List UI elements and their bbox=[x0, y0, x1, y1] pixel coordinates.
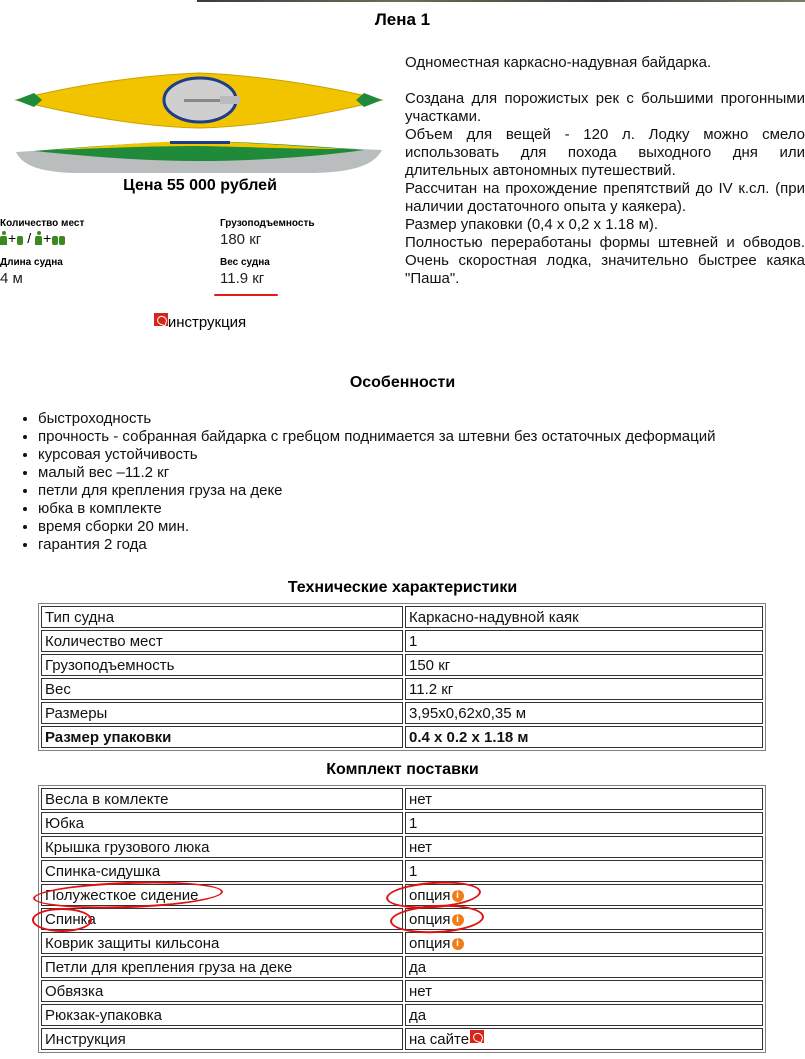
row-value: нет bbox=[405, 836, 763, 858]
info-icon[interactable]: i bbox=[452, 914, 464, 926]
list-item: прочность - собранная байдарка с гребцом… bbox=[38, 428, 715, 446]
table-row: Петли для крепления груза на декеда bbox=[41, 956, 763, 978]
table-row: Размер упаковки0.4 x 0.2 x 1.18 м bbox=[41, 726, 763, 748]
product-title: Лена 1 bbox=[0, 10, 805, 30]
table-row: Размеры3,95x0,62x0,35 м bbox=[41, 702, 763, 724]
table-row: Обвязканет bbox=[41, 980, 763, 1002]
price: Цена 55 000 рублей bbox=[0, 177, 400, 195]
row-label: Тип судна bbox=[41, 606, 403, 628]
list-item: быстроходность bbox=[38, 410, 715, 428]
table-row: Спинкаопцияi bbox=[41, 908, 763, 930]
row-value: 1 bbox=[405, 630, 763, 652]
kit-table: Весла в комлектенетЮбка1Крышка грузового… bbox=[38, 785, 766, 1053]
row-label: Спинка bbox=[41, 908, 403, 930]
tech-heading: Технические характеристики bbox=[0, 579, 805, 597]
row-label: Юбка bbox=[41, 812, 403, 834]
row-value: 150 кг bbox=[405, 654, 763, 676]
table-row: Инструкцияна сайте bbox=[41, 1028, 763, 1050]
row-label: Количество мест bbox=[41, 630, 403, 652]
table-row: Юбка1 bbox=[41, 812, 763, 834]
table-row: Спинка-сидушка1 bbox=[41, 860, 763, 882]
table-row: Полужесткое сидениеопцияi bbox=[41, 884, 763, 906]
top-border bbox=[197, 0, 805, 2]
weight-spec: Вес судна 11.9 кг bbox=[220, 257, 270, 287]
table-row: Грузоподъемность150 кг bbox=[41, 654, 763, 676]
seats-label: Количество мест bbox=[0, 218, 84, 229]
list-item: время сборки 20 мин. bbox=[38, 518, 715, 536]
table-row: Рюкзак-упаковкада bbox=[41, 1004, 763, 1026]
info-icon[interactable]: i bbox=[452, 938, 464, 950]
table-row: Коврик защиты кильсонаопцияi bbox=[41, 932, 763, 954]
row-label: Размеры bbox=[41, 702, 403, 724]
product-description: Одноместная каркасно-надувная байдарка. … bbox=[405, 54, 805, 288]
row-label: Крышка грузового люка bbox=[41, 836, 403, 858]
row-label: Вес bbox=[41, 678, 403, 700]
row-label: Весла в комлекте bbox=[41, 788, 403, 810]
bag-icon bbox=[59, 236, 65, 245]
list-item: гарантия 2 года bbox=[38, 536, 715, 554]
row-value: опцияi bbox=[405, 884, 763, 906]
row-value: 11.2 кг bbox=[405, 678, 763, 700]
row-value: Каркасно-надувной каяк bbox=[405, 606, 763, 628]
capacity-spec: Грузоподъемность 180 кг bbox=[220, 218, 315, 248]
table-row: Вес11.2 кг bbox=[41, 678, 763, 700]
row-value: 1 bbox=[405, 812, 763, 834]
row-label: Обвязка bbox=[41, 980, 403, 1002]
row-label: Спинка-сидушка bbox=[41, 860, 403, 882]
seats-icons: + / + bbox=[0, 229, 84, 247]
pdf-icon bbox=[154, 313, 168, 326]
table-row: Тип суднаКаркасно-надувной каяк bbox=[41, 606, 763, 628]
row-label: Петли для крепления груза на деке bbox=[41, 956, 403, 978]
list-item: петли для крепления груза на деке bbox=[38, 482, 715, 500]
features-heading: Особенности bbox=[0, 374, 805, 392]
row-value: опцияi bbox=[405, 908, 763, 930]
kayak-image bbox=[14, 55, 384, 180]
features-list: быстроходность прочность - собранная бай… bbox=[0, 410, 715, 554]
row-label: Полужесткое сидение bbox=[41, 884, 403, 906]
row-value: 1 bbox=[405, 860, 763, 882]
kit-heading: Комплект поставки bbox=[0, 761, 805, 779]
row-value: нет bbox=[405, 788, 763, 810]
list-item: малый вес –11.2 кг bbox=[38, 464, 715, 482]
row-label: Размер упаковки bbox=[41, 726, 403, 748]
red-underline-annotation bbox=[214, 294, 278, 296]
row-value: да bbox=[405, 956, 763, 978]
row-label: Коврик защиты кильсона bbox=[41, 932, 403, 954]
row-value: 0.4 x 0.2 x 1.18 м bbox=[405, 726, 763, 748]
tech-specs-table: Тип суднаКаркасно-надувной каякКоличеств… bbox=[38, 603, 766, 751]
list-item: курсовая устойчивость bbox=[38, 446, 715, 464]
row-value: нет bbox=[405, 980, 763, 1002]
table-row: Количество мест1 bbox=[41, 630, 763, 652]
row-label: Рюкзак-упаковка bbox=[41, 1004, 403, 1026]
pdf-icon[interactable] bbox=[470, 1030, 484, 1043]
instruction-link[interactable]: инструкция bbox=[0, 313, 400, 331]
person-icon bbox=[35, 231, 42, 245]
list-item: юбка в комплекте bbox=[38, 500, 715, 518]
row-label: Грузоподъемность bbox=[41, 654, 403, 676]
seats-spec: Количество мест + / + bbox=[0, 218, 84, 247]
row-value: да bbox=[405, 1004, 763, 1026]
length-spec: Длина судна 4 м bbox=[0, 257, 63, 287]
table-row: Весла в комлектенет bbox=[41, 788, 763, 810]
bag-icon bbox=[52, 236, 58, 245]
row-label: Инструкция bbox=[41, 1028, 403, 1050]
info-icon[interactable]: i bbox=[452, 890, 464, 902]
instruction-site-link[interactable]: на сайте bbox=[405, 1028, 763, 1050]
person-icon bbox=[0, 231, 7, 245]
table-row: Крышка грузового люканет bbox=[41, 836, 763, 858]
row-value: опцияi bbox=[405, 932, 763, 954]
bag-icon bbox=[17, 236, 23, 245]
row-value: 3,95x0,62x0,35 м bbox=[405, 702, 763, 724]
